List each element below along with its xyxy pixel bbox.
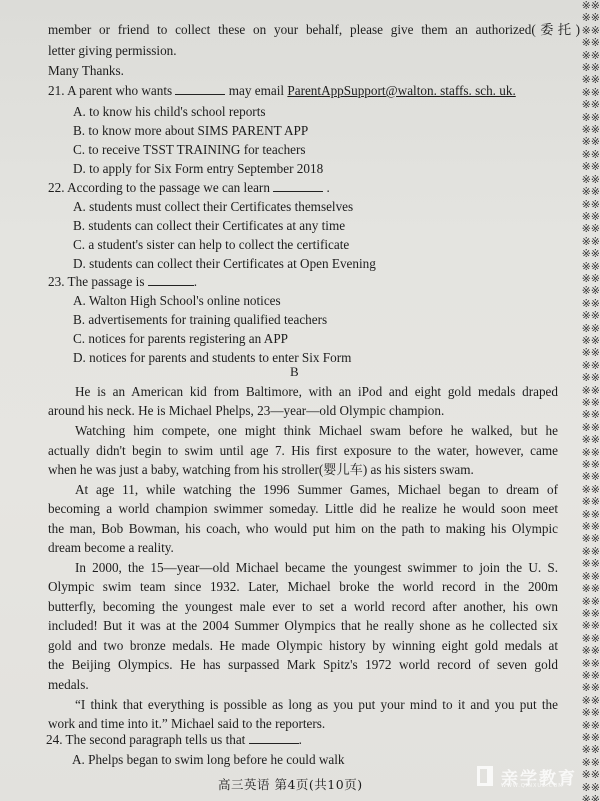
question-21-option-a: A. to know his child's school reports xyxy=(73,104,266,120)
question-21-option-c: C. to receive TSST TRAINING for teachers xyxy=(73,142,306,158)
question-24-stem: 24. The second paragraph tells us that . xyxy=(46,732,302,748)
passage-b-line: work and time into it.” Michael said to … xyxy=(48,716,325,732)
passage-b-line: actually didn't begin to swim until age … xyxy=(48,443,558,459)
question-number: 24. xyxy=(46,732,62,747)
passage-a-line-2: letter giving permission. xyxy=(48,43,177,59)
answer-blank xyxy=(273,181,323,192)
question-number: 21. xyxy=(48,83,64,98)
answer-blank xyxy=(148,275,194,286)
question-22-stem: 22. According to the passage we can lear… xyxy=(48,180,330,196)
page-footer: 高三英语 第4页(共10页) xyxy=(218,775,363,793)
passage-b-line: dream become a reality. xyxy=(48,540,174,556)
support-email: ParentAppSupport@walton. staffs. sch. uk… xyxy=(287,83,515,98)
answer-blank xyxy=(249,733,299,744)
closing-text: Many Thanks. xyxy=(48,63,124,79)
logo-icon xyxy=(477,766,493,786)
passage-b-line: butterfly, becoming the youngest male ev… xyxy=(48,599,558,615)
answer-blank xyxy=(175,84,225,95)
question-23-stem: 23. The passage is . xyxy=(48,274,197,290)
question-23-option-b: B. advertisements for training qualified… xyxy=(73,312,327,328)
question-23-option-d: D. notices for parents and students to e… xyxy=(73,350,351,366)
passage-b-line: At age 11, while watching the 1996 Summe… xyxy=(75,482,558,498)
question-22-option-d: D. students can collect their Certificat… xyxy=(73,256,376,272)
question-22-option-b: B. students can collect their Certificat… xyxy=(73,218,345,234)
passage-b-line: when he was just a baby, watching from h… xyxy=(48,462,474,478)
passage-b-line: “I think that everything is possible as … xyxy=(75,697,558,713)
question-22-option-a: A. students must collect their Certifica… xyxy=(73,199,353,215)
question-21-option-d: D. to apply for Six Form entry September… xyxy=(73,161,323,177)
question-24-option-a: A. Phelps began to swim long before he c… xyxy=(72,752,345,768)
passage-b-line: In 2000, the 15—year—old Michael became … xyxy=(75,560,558,576)
question-number: 22. xyxy=(48,180,64,195)
watermark-logo: 亲学教育 WWW.QINXUE.COM xyxy=(477,764,581,788)
question-number: 23. xyxy=(48,274,64,289)
passage-b-line: Olympic swim team since 1932. Later, Mic… xyxy=(48,579,558,595)
passage-b-line: He is an American kid from Baltimore, wi… xyxy=(75,384,558,400)
passage-a-line-1: member or friend to collect these on you… xyxy=(48,22,580,38)
exam-page: member or friend to collect these on you… xyxy=(0,0,600,801)
watermark-url: WWW.QINXUE.COM xyxy=(501,783,564,789)
question-21-option-b: B. to know more about SIMS PARENT APP xyxy=(73,123,308,139)
passage-b-line: included! But it was at the 2004 Summer … xyxy=(48,618,558,634)
passage-b-line: the man, Bob Bowman, his coach, who woul… xyxy=(48,521,558,537)
section-b-heading: B xyxy=(290,364,299,380)
passage-b-line: around his neck. He is Michael Phelps, 2… xyxy=(48,403,444,419)
question-23-option-c: C. notices for parents registering an AP… xyxy=(73,331,288,347)
passage-b-line: the Beijing Olympics. He has surpassed M… xyxy=(48,657,558,673)
passage-b-line: medals. xyxy=(48,677,89,693)
question-23-option-a: A. Walton High School's online notices xyxy=(73,293,281,309)
binding-edge-pattern: ※※ ※※ ※※ ※※ ※※ ※※ ※※ ※※ ※※ ※※ ※※ ※※ ※※ ※… xyxy=(578,0,600,801)
passage-b-line: Watching him compete, one might think Mi… xyxy=(75,423,558,439)
question-21-stem: 21. A parent who wants may email ParentA… xyxy=(48,83,516,99)
question-22-option-c: C. a student's sister can help to collec… xyxy=(73,237,349,253)
passage-b-line: gold and two bronze medals. He made Olym… xyxy=(48,638,558,654)
passage-b-line: becoming a world champion swimmer someda… xyxy=(48,501,558,517)
